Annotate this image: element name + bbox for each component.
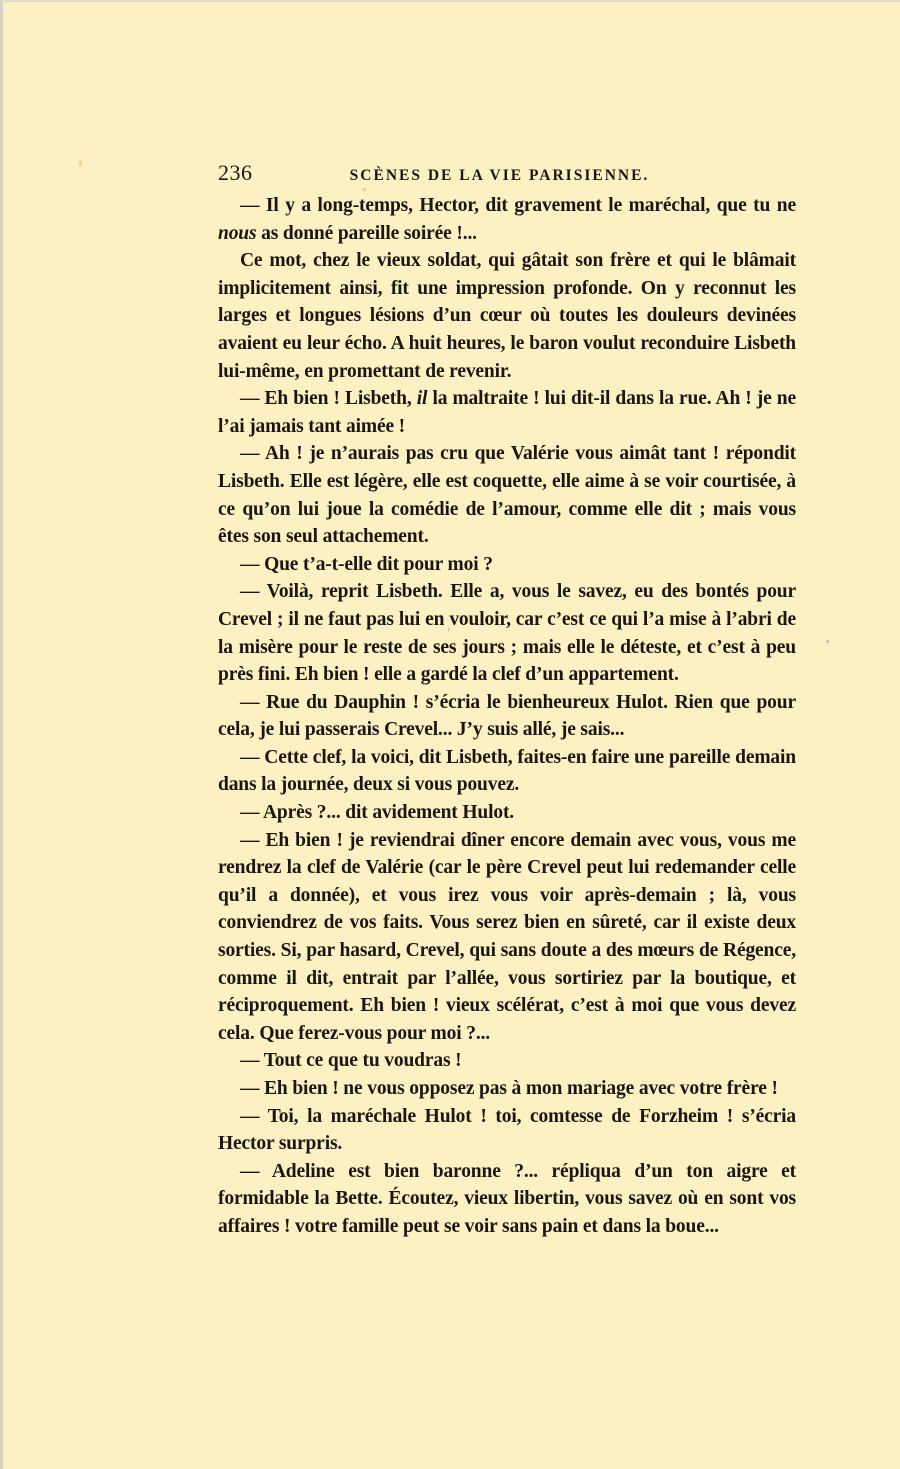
emphasis: nous [218, 223, 256, 244]
paragraph: — Adeline est bien baronne ?... répliqua… [218, 1158, 796, 1241]
paragraph: — Toi, la maréchale Hulot ! toi, comtess… [218, 1103, 796, 1158]
page-number: 236 [218, 160, 278, 186]
paper-speck [826, 640, 829, 643]
paragraph: — Eh bien ! Lisbeth, il la maltraite ! l… [218, 385, 796, 440]
book-page: 236 SCÈNES DE LA VIE PARISIENNE. — Il y … [0, 0, 900, 1469]
emphasis: il [417, 388, 428, 409]
running-title: SCÈNES DE LA VIE PARISIENNE. [278, 167, 796, 185]
paper-speck [79, 160, 82, 166]
paragraph: — Rue du Dauphin ! s’écria le bienheureu… [218, 689, 796, 744]
paragraph: — Après ?... dit avidement Hulot. [218, 799, 796, 827]
paragraph: — Que t’a-t-elle dit pour moi ? [218, 551, 796, 579]
paragraph: — Eh bien ! ne vous opposez pas à mon ma… [218, 1075, 796, 1103]
paragraph: Ce mot, chez le vieux soldat, qui gâtait… [218, 247, 796, 385]
paragraph: — Il y a long-temps, Hector, dit graveme… [218, 192, 796, 247]
running-head: 236 SCÈNES DE LA VIE PARISIENNE. [218, 160, 796, 190]
paragraph: — Eh bien ! je reviendrai dîner encore d… [218, 827, 796, 1048]
paragraph: — Cette clef, la voici, dit Lisbeth, fai… [218, 744, 796, 799]
text-block: 236 SCÈNES DE LA VIE PARISIENNE. — Il y … [218, 160, 796, 1241]
paragraph: — Tout ce que tu voudras ! [218, 1047, 796, 1075]
paragraph: — Ah ! je n’aurais pas cru que Valérie v… [218, 440, 796, 550]
paragraph: — Voilà, reprit Lisbeth. Elle a, vous le… [218, 578, 796, 688]
